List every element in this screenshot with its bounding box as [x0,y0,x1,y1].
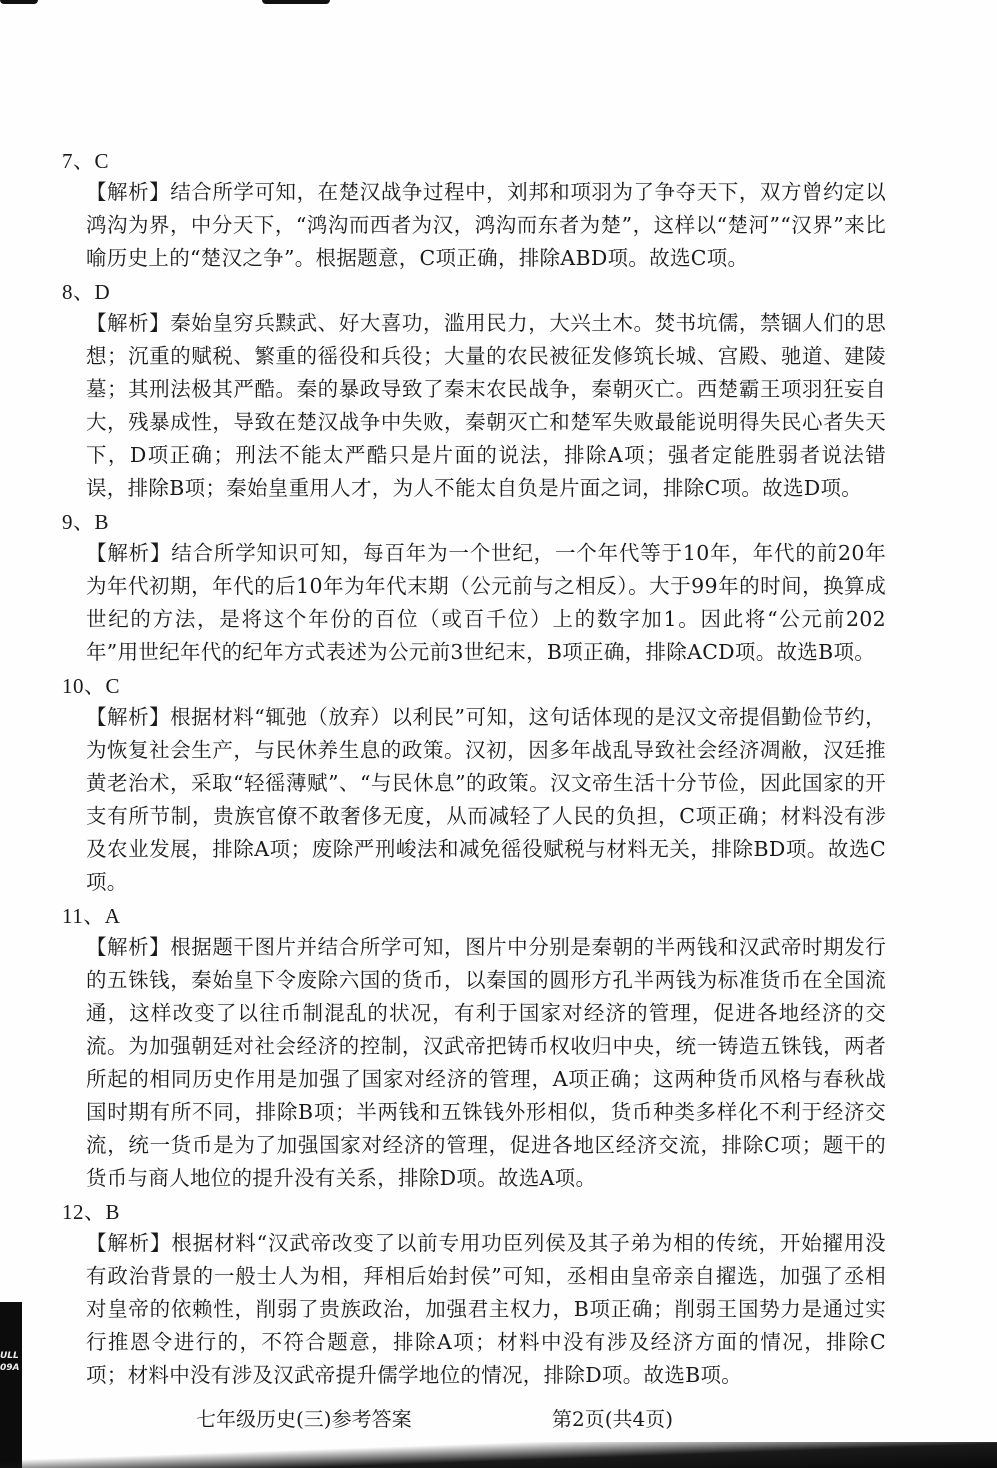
question-analysis: 【解析】根据材料“汉武帝改变了以前专用功臣列侯及其子弟为相的传统，开始擢用没有政… [86,1227,886,1392]
scanned-page: 7、C 【解析】结合所学可知，在楚汉战争过程中，刘邦和项羽为了争夺天下，双方曾约… [0,0,997,1468]
question-block-10: 10、C 【解析】根据材料“辄弛（放弃）以利民”可知，这句话体现的是汉文帝提倡勤… [62,671,892,899]
question-analysis: 【解析】结合所学可知，在楚汉战争过程中，刘邦和项羽为了争夺天下，双方曾约定以鸿沟… [86,176,886,275]
edge-label: ULL 09A [0,1350,22,1374]
edge-label-line: 09A [0,1362,22,1374]
question-number: 9、B [62,507,892,537]
question-block-11: 11、A 【解析】根据题干图片并结合所学可知，图片中分别是秦朝的半两钱和汉武帝时… [62,901,892,1195]
scan-edge-mark [262,0,330,4]
question-number: 10、C [62,671,892,701]
question-number: 12、B [62,1197,892,1227]
scan-edge-mark [0,0,38,4]
scan-bottom-edge [0,1442,997,1468]
question-block-9: 9、B 【解析】结合所学知识可知，每百年为一个世纪，一个年代等于10年，年代的前… [62,507,892,669]
question-analysis: 【解析】根据材料“辄弛（放弃）以利民”可知，这句话体现的是汉文帝提倡勤俭节约，为… [86,701,886,899]
answer-content: 7、C 【解析】结合所学可知，在楚汉战争过程中，刘邦和项羽为了争夺天下，双方曾约… [62,146,892,1394]
footer-page-number: 第2页(共4页) [552,1404,673,1434]
question-block-8: 8、D 【解析】秦始皇穷兵黩武、好大喜功，滥用民力，大兴土木。焚书坑儒，禁锢人们… [62,277,892,505]
question-number: 7、C [62,146,892,176]
question-block-7: 7、C 【解析】结合所学可知，在楚汉战争过程中，刘邦和项羽为了争夺天下，双方曾约… [62,146,892,275]
footer-document-title: 七年级历史(三)参考答案 [196,1404,412,1434]
question-number: 11、A [62,901,892,931]
question-block-12: 12、B 【解析】根据材料“汉武帝改变了以前专用功臣列侯及其子弟为相的传统，开始… [62,1197,892,1392]
question-analysis: 【解析】结合所学知识可知，每百年为一个世纪，一个年代等于10年，年代的前20年为… [86,537,886,669]
question-number: 8、D [62,277,892,307]
question-analysis: 【解析】秦始皇穷兵黩武、好大喜功，滥用民力，大兴土木。焚书坑儒，禁锢人们的思想；… [86,307,886,505]
question-analysis: 【解析】根据题干图片并结合所学可知，图片中分别是秦朝的半两钱和汉武帝时期发行的五… [86,931,886,1195]
edge-label-line: ULL [0,1350,22,1362]
